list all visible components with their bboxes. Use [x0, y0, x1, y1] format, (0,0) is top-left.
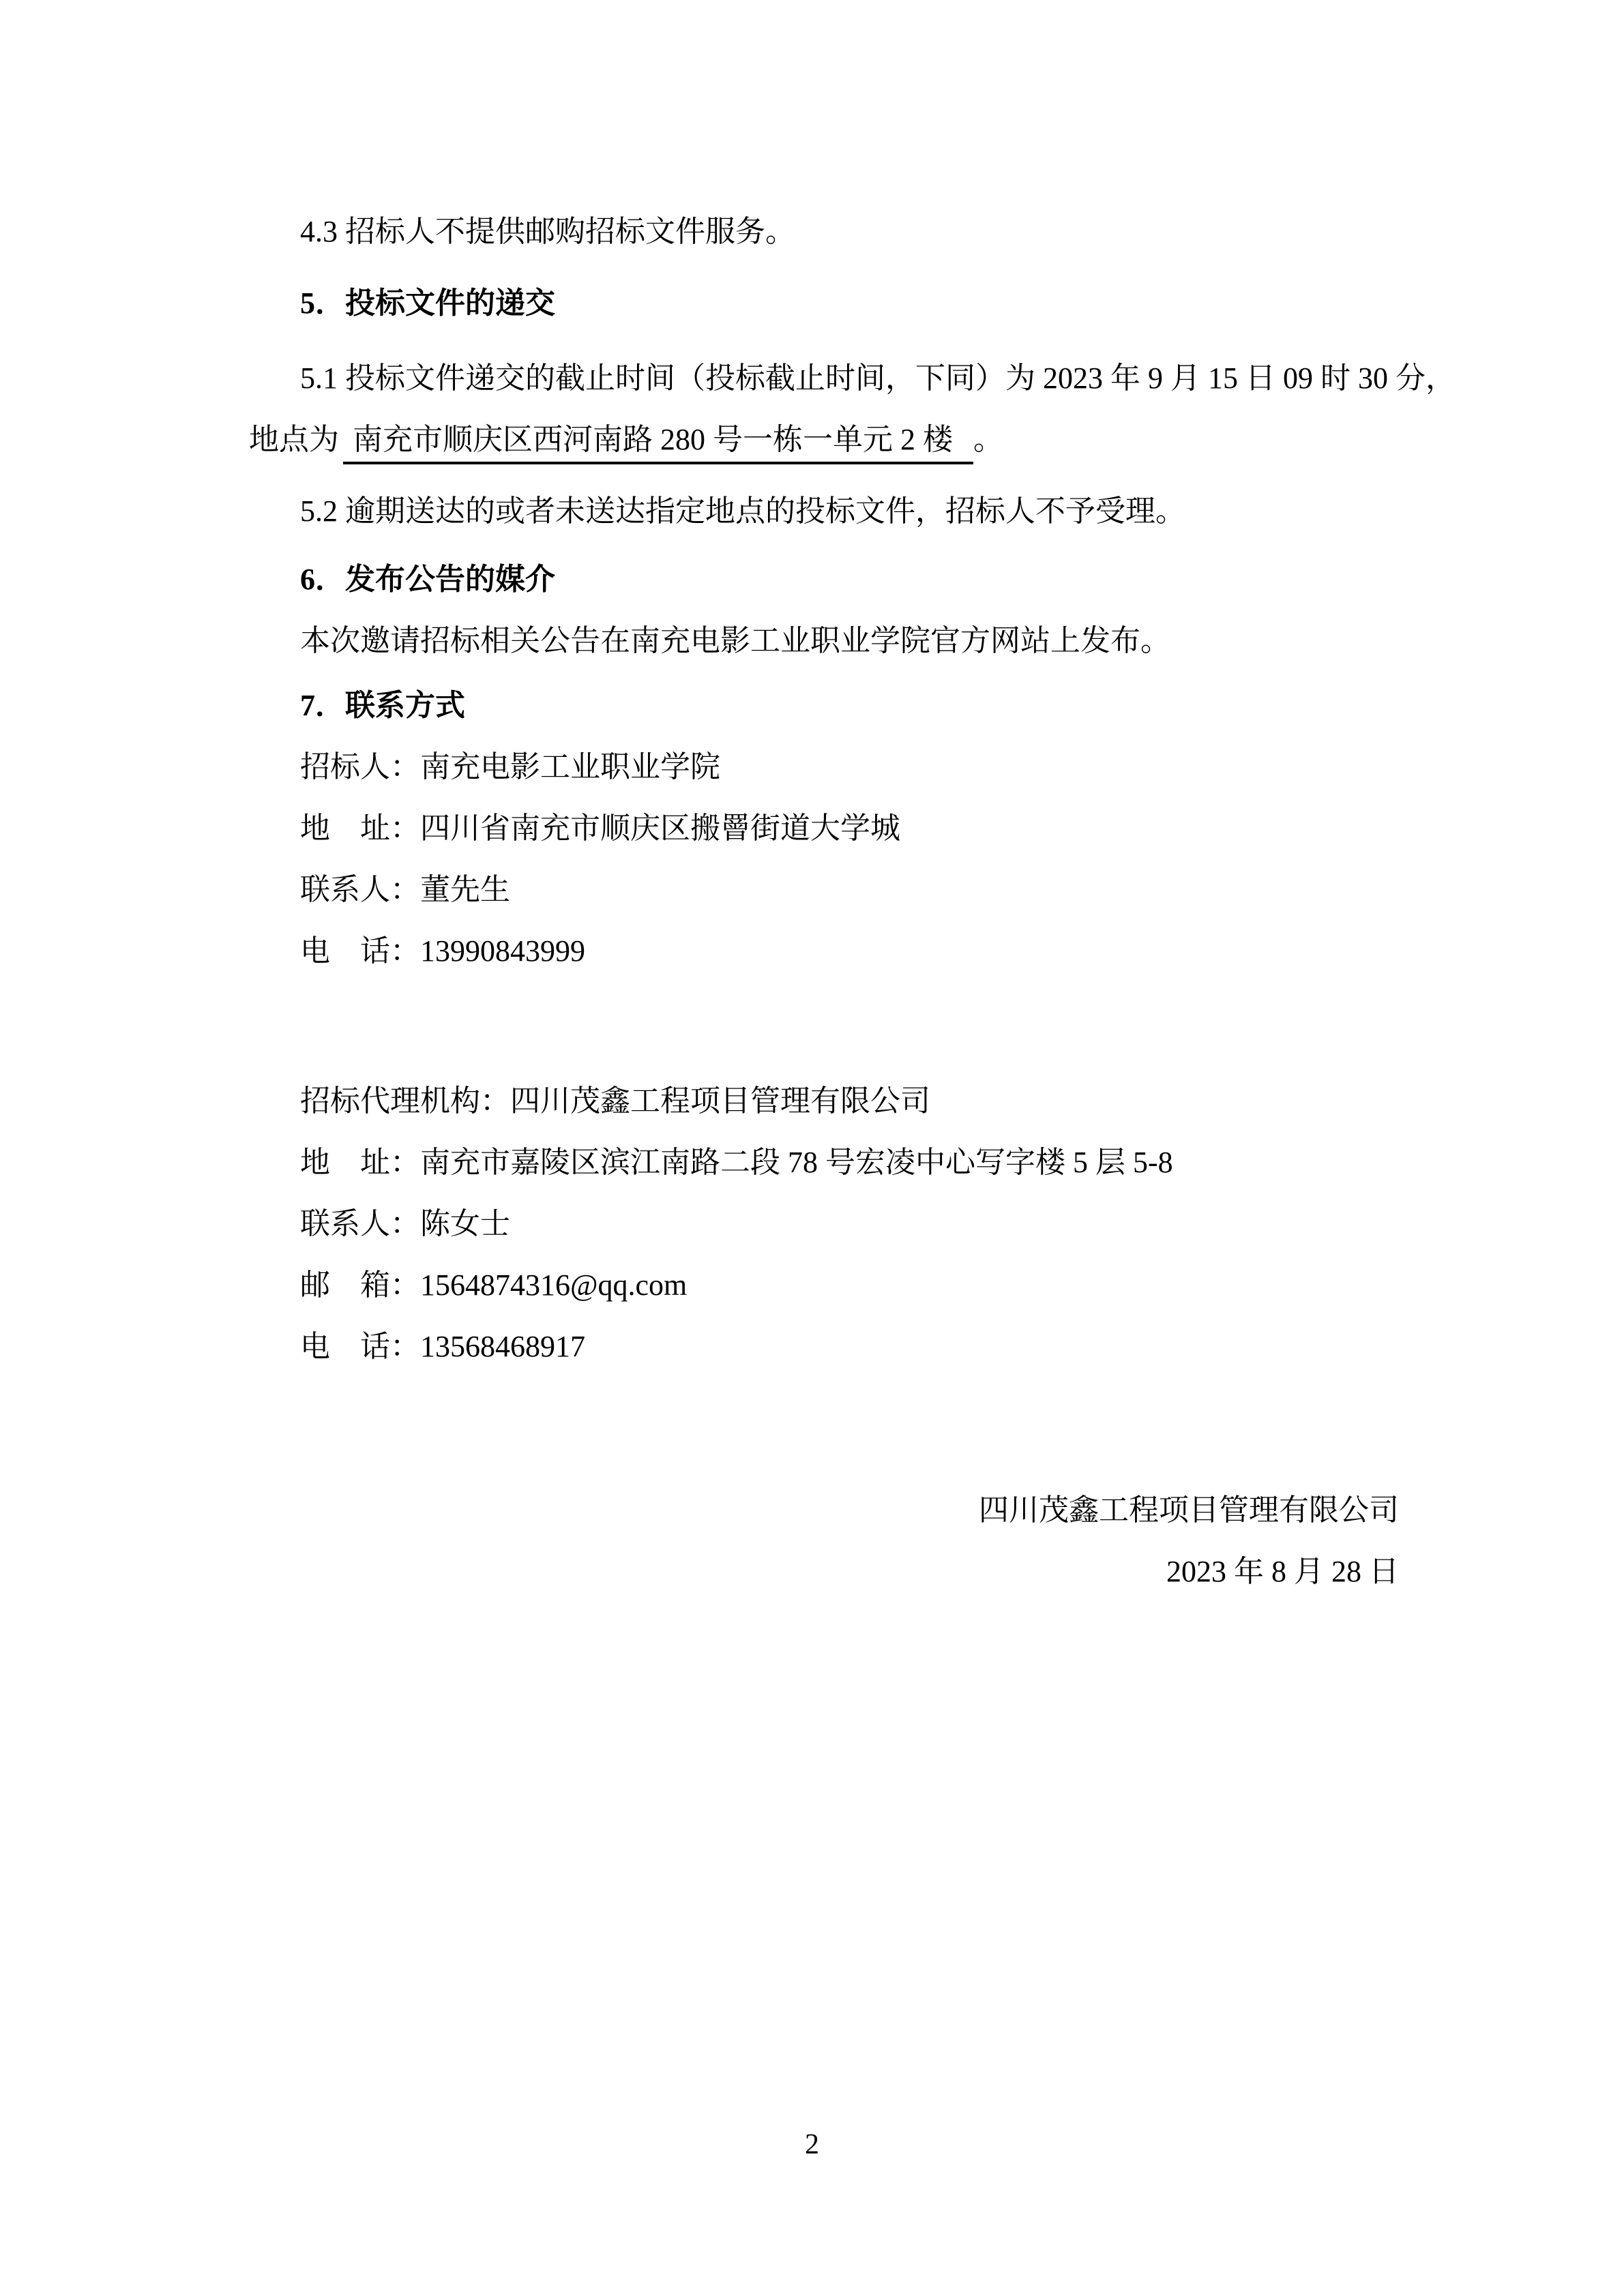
- document-content: 4.3 招标人不提供邮购招标文件服务。 5．投标文件的递交 5.1 投标文件递交…: [0, 0, 1624, 1602]
- clause-5-1-period: 。: [973, 423, 1003, 456]
- section-5-heading: 5．投标文件的递交: [249, 273, 1399, 334]
- tenderer-phone-line: 电 话：13990843999: [249, 921, 1399, 982]
- clause-6-body: 本次邀请招标相关公告在南充电影工业职业学院官方网站上发布。: [249, 610, 1399, 672]
- agency-name-line: 招标代理机构：四川茂鑫工程项目管理有限公司: [249, 1071, 1399, 1132]
- tenderer-contact-line: 联系人：董先生: [249, 859, 1399, 921]
- agency-contact-line: 联系人：陈女士: [249, 1193, 1399, 1255]
- agency-email-line: 邮 箱：1564874316@qq.com: [249, 1255, 1399, 1316]
- tenderer-address-line: 地 址：四川省南充市顺庆区搬罾街道大学城: [249, 798, 1399, 859]
- clause-5-1-location-value: 南充市顺庆区西河南路 280 号一栋一单元 2 楼: [343, 423, 973, 464]
- clause-5-1-line-1: 5.1 投标文件递交的截止时间（投标截止时间，下同）为 2023 年 9 月 1…: [249, 348, 1399, 409]
- section-6-heading: 6．发布公告的媒介: [249, 549, 1399, 610]
- page-number: 2: [0, 2114, 1624, 2175]
- clause-5-2: 5.2 逾期送达的或者未送达指定地点的投标文件，招标人不予受理。: [249, 481, 1399, 542]
- signature-company: 四川茂鑫工程项目管理有限公司: [249, 1480, 1399, 1541]
- clause-4-3: 4.3 招标人不提供邮购招标文件服务。: [249, 201, 1399, 263]
- agency-address-line: 地 址：南充市嘉陵区滨江南路二段 78 号宏凌中心写字楼 5 层 5-8: [249, 1132, 1399, 1193]
- agency-phone-line: 电 话：13568468917: [249, 1316, 1399, 1377]
- section-7-heading: 7．联系方式: [249, 675, 1399, 736]
- clause-5-1-line-2: 地点为南充市顺庆区西河南路 280 号一栋一单元 2 楼。: [249, 409, 1399, 471]
- clause-5-1-location-label: 地点为: [249, 423, 339, 456]
- tenderer-name-line: 招标人：南充电影工业职业学院: [249, 736, 1399, 798]
- document-page: 4.3 招标人不提供邮购招标文件服务。 5．投标文件的递交 5.1 投标文件递交…: [0, 0, 1624, 2296]
- signature-date: 2023 年 8 月 28 日: [249, 1541, 1399, 1602]
